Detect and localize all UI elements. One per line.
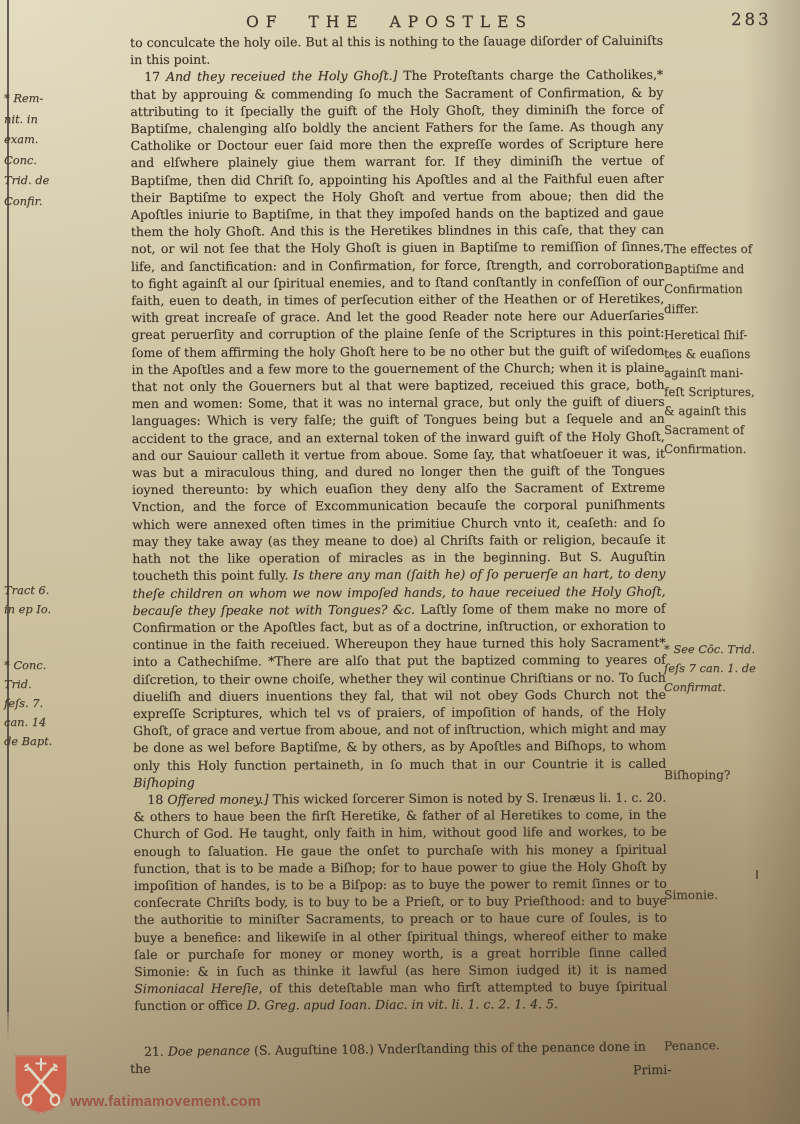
page-number: 283	[731, 10, 772, 29]
citation: D. Greg. apud Ioan. Diac. in vit. li. 1.…	[247, 997, 558, 1013]
paragraph-number: 18	[147, 792, 167, 807]
page-title: OF THE APOSTLES	[246, 13, 533, 31]
margin-note-right-simonie: Simonie.	[664, 886, 796, 905]
body-text-italic: Simoniacal Hereſie	[134, 981, 258, 997]
body-text: The Proteſtants charge the Catholikes,* …	[130, 67, 665, 583]
paragraph-lead: Doe penance	[168, 1043, 254, 1059]
body-text-italic: Biſhoping	[133, 774, 195, 789]
margin-note-right-penance: Penance.	[664, 1035, 796, 1056]
margin-note-right-heretical-shiftes: Heretical ſhif-tes & euaſionsagainſt man…	[664, 326, 796, 459]
paragraph-18: 18 Offered money.] This wicked ſorcerer …	[133, 789, 667, 1015]
crossed-keys-shield-icon	[13, 1053, 69, 1115]
paragraph-lead: And they receiued the Holy Ghoſt.]	[166, 68, 403, 84]
catchword: Primi-	[633, 1062, 672, 1077]
paragraph-number: 17	[144, 69, 166, 84]
scanned-book-page: OF THE APOSTLES 283 to conculcate the ho…	[0, 0, 800, 1124]
margin-note-left-tract6: Tract 6.in ep Io.	[4, 581, 108, 619]
paragraph-number: 21.	[144, 1044, 168, 1059]
paragraph-17: 17 And they receiued the Holy Ghoſt.] Th…	[130, 66, 666, 791]
margin-note-right-bishoping: Biſhoping?	[664, 766, 796, 785]
margin-note-left-trid-confir: * Rem-nit. inexam.Conc.Trid. deConfir.	[4, 88, 108, 211]
body-text: to conculcate the holy oile. But al this…	[130, 33, 663, 68]
margin-note-right-see-conc-trid: * See Cōc. Trid.ſeſs 7 can. 1. deConfirm…	[664, 640, 796, 697]
paragraph-continuation: to conculcate the holy oile. But al this…	[130, 32, 663, 69]
ink-mark	[756, 870, 758, 879]
paragraph-21: 21. Doe penance (S. Auguſtine 108.) Vnde…	[130, 1037, 663, 1077]
watermark-url: www.fatimamovement.com	[70, 1094, 261, 1110]
main-text-column: to conculcate the holy oile. But al this…	[130, 32, 667, 1015]
margin-note-left-conc-trid-bapt: * Conc.Trid.ſeſs. 7.can. 14de Bapt.	[4, 656, 108, 751]
paragraph-lead: Offered money.]	[167, 791, 272, 806]
body-text: Laſtly ſome of them make no more of Conf…	[133, 600, 667, 772]
body-text: This wicked ſorcerer Simon is noted by S…	[133, 790, 667, 979]
margin-note-right-effectes: The effectes ofBaptiſme andConfirmationd…	[664, 239, 796, 319]
